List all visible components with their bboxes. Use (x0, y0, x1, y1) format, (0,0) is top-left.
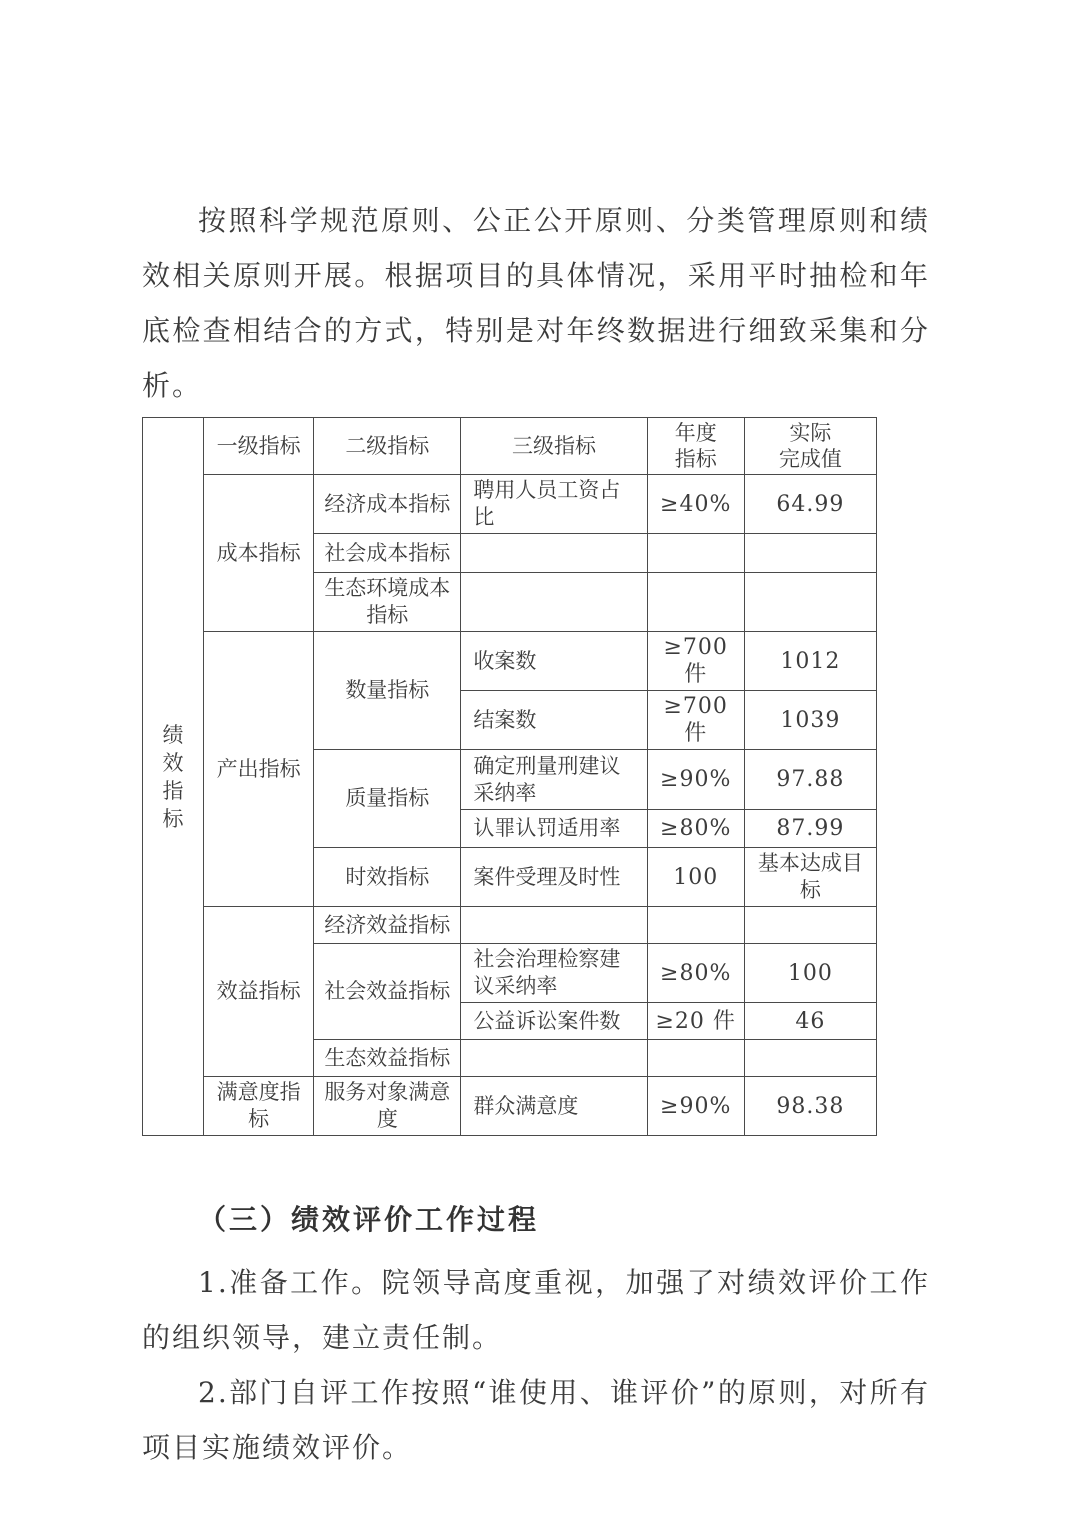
cell-level2-indicator: 时效指标 (314, 848, 461, 907)
table-row: 成本指标 经济成本指标 聘用人员工资占比 ≥40% 64.99 (143, 475, 877, 534)
cell-level3-indicator: 结案数 (461, 691, 647, 750)
cell-level1-indicator: 效益指标 (204, 907, 314, 1077)
cell-level2-indicator: 生态环境成本指标 (314, 573, 461, 632)
cell-level2-indicator: 质量指标 (314, 750, 461, 848)
table-row: 产出指标 数量指标 收案数 ≥700 件 1012 (143, 632, 877, 691)
cell-actual-value (744, 907, 876, 944)
cell-level2-indicator: 服务对象满意度 (314, 1077, 461, 1136)
cell-annual-target: ≥90% (647, 1077, 744, 1136)
cell-level2-indicator: 社会效益指标 (314, 944, 461, 1040)
cell-annual-target: ≥80% (647, 810, 744, 848)
cell-annual-target: ≥90% (647, 750, 744, 810)
cell-level3-indicator: 收案数 (461, 632, 647, 691)
cell-annual-target: ≥700 件 (647, 632, 744, 691)
cell-level3-indicator (461, 1040, 647, 1077)
cell-actual-value: 1012 (744, 632, 876, 691)
cell-level3-indicator: 社会治理检察建议采纳率 (461, 944, 647, 1003)
cell-level2-indicator: 生态效益指标 (314, 1040, 461, 1077)
cell-annual-target: 100 (647, 848, 744, 907)
cell-annual-target: ≥20 件 (647, 1003, 744, 1040)
cell-actual-value: 97.88 (744, 750, 876, 810)
cell-level1-indicator: 成本指标 (204, 475, 314, 632)
cell-actual-value: 98.38 (744, 1077, 876, 1136)
cell-actual-value (744, 1040, 876, 1077)
cell-actual-value: 基本达成目标 (744, 848, 876, 907)
section-heading: （三）绩效评价工作过程 (142, 1192, 930, 1247)
cell-level2-indicator: 数量指标 (314, 632, 461, 750)
cell-level2-indicator: 经济成本指标 (314, 475, 461, 534)
intro-paragraph: 按照科学规范原则、公正公开原则、分类管理原则和绩效相关原则开展。根据项目的具体情… (142, 193, 930, 413)
cell-annual-target (647, 1040, 744, 1077)
cell-level3-indicator (461, 534, 647, 573)
cell-level2-indicator: 经济效益指标 (314, 907, 461, 944)
cell-level3-indicator: 公益诉讼案件数 (461, 1003, 647, 1040)
cell-actual-value: 1039 (744, 691, 876, 750)
cell-level3-indicator: 确定刑量刑建议采纳率 (461, 750, 647, 810)
cell-annual-target: ≥40% (647, 475, 744, 534)
numbered-paragraph-1: 1.准备工作。院领导高度重视，加强了对绩效评价工作的组织领导，建立责任制。 (142, 1255, 930, 1365)
header-level2: 二级指标 (314, 418, 461, 475)
cell-actual-value: 87.99 (744, 810, 876, 848)
cell-level1-indicator: 产出指标 (204, 632, 314, 907)
cell-level1-indicator: 满意度指标 (204, 1077, 314, 1136)
document-page: 按照科学规范原则、公正公开原则、分类管理原则和绩效相关原则开展。根据项目的具体情… (0, 0, 1074, 1520)
cell-level3-indicator: 案件受理及时性 (461, 848, 647, 907)
header-annual-target: 年度 指标 (647, 418, 744, 475)
header-level1: 一级指标 (204, 418, 314, 475)
cell-level3-indicator: 聘用人员工资占比 (461, 475, 647, 534)
cell-level2-indicator: 社会成本指标 (314, 534, 461, 573)
cell-level3-indicator (461, 573, 647, 632)
performance-indicator-table: 绩 效 指 标 一级指标 二级指标 三级指标 年度 指标 实际 完成值 成本指标… (142, 417, 877, 1136)
cell-group-label: 绩 效 指 标 (143, 418, 204, 1136)
table-row: 满意度指标 服务对象满意度 群众满意度 ≥90% 98.38 (143, 1077, 877, 1136)
cell-annual-target (647, 573, 744, 632)
cell-annual-target: ≥700 件 (647, 691, 744, 750)
cell-level3-indicator: 群众满意度 (461, 1077, 647, 1136)
cell-actual-value: 64.99 (744, 475, 876, 534)
header-level3: 三级指标 (461, 418, 647, 475)
table-header-row: 绩 效 指 标 一级指标 二级指标 三级指标 年度 指标 实际 完成值 (143, 418, 877, 475)
cell-actual-value (744, 573, 876, 632)
cell-annual-target (647, 907, 744, 944)
header-actual-value: 实际 完成值 (744, 418, 876, 475)
cell-actual-value (744, 534, 876, 573)
cell-annual-target (647, 534, 744, 573)
cell-actual-value: 100 (744, 944, 876, 1003)
numbered-paragraph-2: 2.部门自评工作按照“谁使用、谁评价”的原则，对所有项目实施绩效评价。 (142, 1365, 930, 1475)
table-row: 效益指标 经济效益指标 (143, 907, 877, 944)
cell-level3-indicator: 认罪认罚适用率 (461, 810, 647, 848)
cell-level3-indicator (461, 907, 647, 944)
cell-actual-value: 46 (744, 1003, 876, 1040)
cell-annual-target: ≥80% (647, 944, 744, 1003)
